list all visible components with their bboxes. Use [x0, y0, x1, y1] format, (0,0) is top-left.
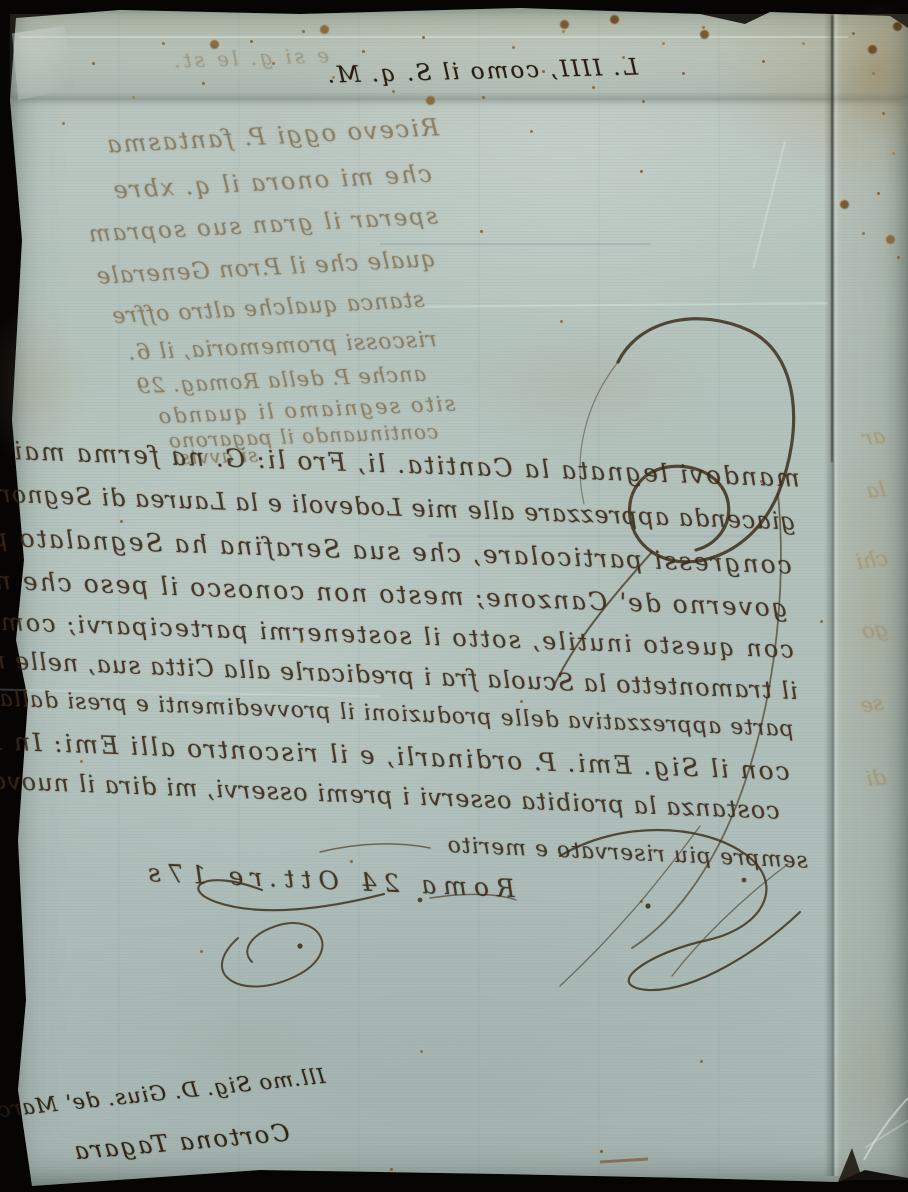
stain — [460, 320, 710, 450]
stain — [160, 990, 340, 1100]
top-flap-fold — [10, 14, 908, 99]
stain — [838, 0, 908, 140]
paper-sheet — [0, 0, 908, 1192]
ghost-ruled-line — [430, 535, 760, 537]
foxing-speckles-large — [0, 0, 9, 9]
manuscript-scan: L. IIII, como il S. q. M. e si g. le st.… — [0, 0, 908, 1192]
vertical-fold-line — [831, 16, 833, 462]
stain — [832, 980, 908, 1160]
stain — [834, 400, 908, 840]
flap-crease-ridge — [20, 36, 848, 38]
dog-ear-corner — [12, 26, 74, 100]
ghost-ruled-line — [380, 243, 650, 245]
